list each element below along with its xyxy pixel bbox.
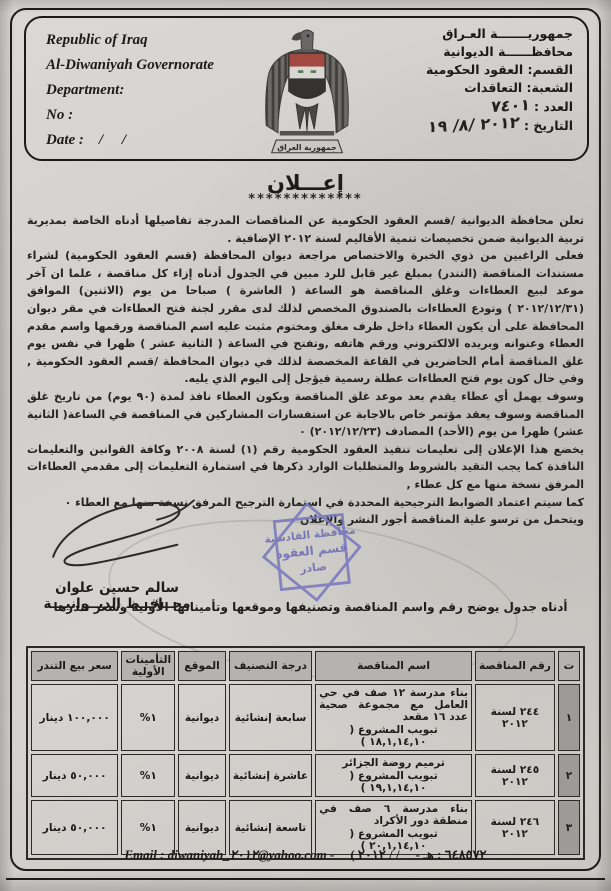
footer-email: Email : diwaniyah_٢٠١٢@yahoo.com -: [124, 847, 334, 863]
table-row: ١ ٢٤٤ لسنة ٢٠١٢ بناء مدرسة ١٢ صف في حي ا…: [31, 684, 580, 751]
doc-date-line: التاريخ : ٢٠١٢ /٨/ ١٩: [395, 116, 573, 135]
row-seq: ٢: [558, 754, 580, 797]
row-location: ديوانية: [178, 684, 226, 751]
tender-name-text: بناء مدرسة ١٢ صف في حي العامل مع مجموعة …: [319, 687, 468, 723]
footer-date: ( ٢٠١٢ / /: [350, 847, 399, 863]
row-price: ٥٠,٠٠٠ دينار: [31, 754, 118, 797]
doc-date-handwritten: ٢٠١٢ /٨/ ١٩: [427, 114, 520, 137]
tender-code-text: تبويب المشروع ( ١٩,١,١٤,١٠ ): [319, 770, 468, 794]
iraq-coat-of-arms-icon: جمهورية العراق: [250, 24, 364, 164]
row-tender-name: ترميم روضة الجزائر تبويب المشروع ( ١٩,١,…: [315, 754, 472, 797]
tender-name-text: ترميم روضة الجزائر: [319, 757, 468, 769]
row-deposit: %١: [121, 684, 175, 751]
tender-no-line2: ٢٠١٢: [479, 718, 551, 730]
tender-no-line1: ٢٤٦ لسنة: [479, 816, 551, 828]
table-caption: أدناه جدول يوضح رقم واسم المناقصة وتصنيف…: [40, 600, 581, 614]
table-header-row: ت رقم المناقصة اسم المناقصة درجة التصنيف…: [31, 651, 580, 681]
country-en: Republic of Iraq: [46, 28, 214, 53]
doc-date-label: التاريخ :: [524, 118, 573, 133]
table-row: ٢ ٢٤٥ لسنة ٢٠١٢ ترميم روضة الجزائر تبويب…: [31, 754, 580, 797]
governor-signature-icon: [32, 492, 217, 580]
tender-name-text: بناء مدرسة ٦ صف في منطقة دور الأكراد: [319, 803, 468, 827]
governorate-en: Al-Diwaniyah Governorate: [46, 53, 214, 78]
row-classification: سابعة إنشائية: [229, 684, 312, 751]
scanned-document: Republic of Iraq Al-Diwaniyah Governorat…: [0, 0, 611, 891]
doc-number-line: العدد : ٧٤٠١: [395, 97, 573, 116]
tender-no-line1: ٢٤٥ لسنة: [479, 764, 551, 776]
stamp-line-3: صادر: [298, 560, 327, 576]
signer-name: سالم حسين علوان: [32, 580, 202, 596]
emblem-banner-text: جمهورية العراق: [277, 143, 336, 152]
tender-no-line2: ٢٠١٢: [479, 828, 551, 840]
doc-number-label: العدد :: [534, 99, 573, 114]
row-tender-no: ٢٤٤ لسنة ٢٠١٢: [475, 684, 555, 751]
date-label-en: Date : / /: [46, 128, 214, 153]
department-ar: القسم: العقود الحكومية: [395, 61, 573, 79]
country-ar: جمهوريـــــــة العـراق: [395, 25, 573, 43]
col-header-classification: درجة التصنيف: [229, 651, 312, 681]
governorate-ar: محافظــــــة الديوانية: [395, 43, 573, 61]
tenders-table: ت رقم المناقصة اسم المناقصة درجة التصنيف…: [26, 646, 585, 860]
signature-block: سالم حسين علوان محــافــظ الديــوانيـــة: [32, 492, 232, 612]
col-header-deposit: التأمينات الأولية: [121, 651, 175, 681]
col-header-seq: ت: [558, 651, 580, 681]
footer-contact-line: Email : diwaniyah_٢٠١٢@yahoo.com - ( ٢٠١…: [0, 847, 611, 863]
letterhead-box: Republic of Iraq Al-Diwaniyah Governorat…: [24, 16, 589, 161]
row-price: ١٠٠,٠٠٠ دينار: [31, 684, 118, 751]
letterhead-english: Republic of Iraq Al-Diwaniyah Governorat…: [46, 28, 214, 153]
col-header-tender-name: اسم المناقصة: [315, 651, 472, 681]
row-tender-no: ٢٤٥ لسنة ٢٠١٢: [475, 754, 555, 797]
body-paragraph-4: يخضع هذا الإعلان إلى تعليمات تنفيذ العقو…: [27, 441, 584, 494]
col-header-tender-no: رقم المناقصة: [475, 651, 555, 681]
letterhead-arabic: جمهوريـــــــة العـراق محافظــــــة الدي…: [395, 25, 573, 135]
bottom-double-rule: [6, 878, 605, 880]
tender-no-line2: ٢٠١٢: [479, 776, 551, 788]
tender-code-text: تبويب المشروع ( ١٨,١,١٤,١٠ ): [319, 724, 468, 748]
col-header-location: الموقع: [178, 651, 226, 681]
footer-phone: - ٦٤٨٥٧٢ : هـ: [416, 847, 487, 863]
announcement-body: تعلن محافظة الديوانية /قسم العقود الحكوم…: [27, 212, 584, 529]
body-paragraph-3: وسوف يهمل أي عطاء يقدم بعد موعد غلق المن…: [27, 388, 584, 441]
number-label-en: No :: [46, 103, 214, 128]
division-ar: الشعبة: التعاقدات: [395, 79, 573, 97]
row-classification: عاشرة إنشائية: [229, 754, 312, 797]
title-underline-stars: *************: [0, 192, 611, 207]
row-seq: ١: [558, 684, 580, 751]
body-paragraph-2: فعلى الراغبين من ذوي الخبرة والاختصاص مر…: [27, 247, 584, 388]
row-tender-name: بناء مدرسة ١٢ صف في حي العامل مع مجموعة …: [315, 684, 472, 751]
body-paragraph-1: تعلن محافظة الديوانية /قسم العقود الحكوم…: [27, 212, 584, 247]
row-location: ديوانية: [178, 754, 226, 797]
tenders-table-wrap: ت رقم المناقصة اسم المناقصة درجة التصنيف…: [26, 646, 585, 860]
department-label-en: Department:: [46, 78, 214, 103]
row-deposit: %١: [121, 754, 175, 797]
tender-no-line1: ٢٤٤ لسنة: [479, 706, 551, 718]
col-header-price: سعر بيع التندر: [31, 651, 118, 681]
